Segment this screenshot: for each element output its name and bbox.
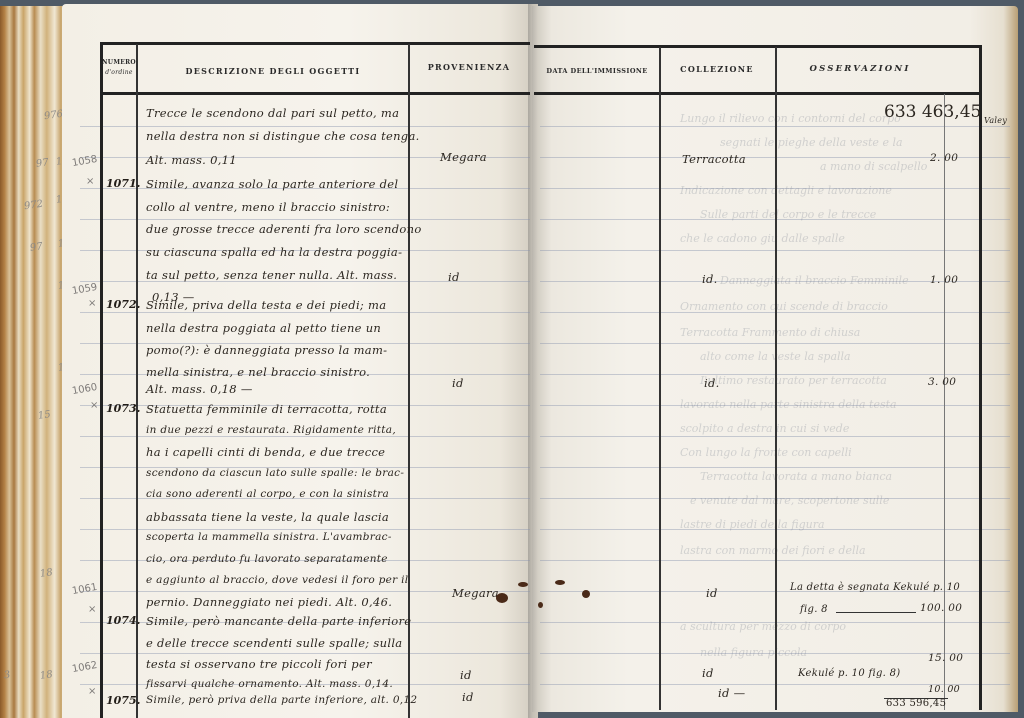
collezione-cell: Terracotta [682, 152, 746, 166]
stack-note: 97 [35, 157, 49, 170]
column-divider [659, 47, 661, 710]
value-cell: 15. 00 [928, 652, 963, 664]
table-frame-right [534, 45, 982, 710]
stack-note: 18 [39, 669, 53, 682]
running-total-bottom: 633 596,45 [886, 698, 946, 709]
header-numero: NUMERO d'ordine [102, 58, 136, 78]
value-cell: 2. 00 [930, 152, 958, 164]
entry-number: 1075. [106, 694, 140, 707]
provenienza-cell: id [448, 270, 460, 284]
stack-note: 3 [3, 670, 11, 682]
entry-number: 1072. [106, 298, 140, 311]
collezione-cell: id. [702, 272, 718, 286]
provenienza-cell: Megara [440, 150, 487, 164]
header-data-immissione: DATA DELL'IMMISSIONE [538, 67, 656, 75]
amount-column-divider [944, 94, 945, 710]
header-rule-left [100, 92, 530, 95]
stack-note: 972 [23, 199, 43, 213]
observation-cell: La detta è segnata Kekulé p. 10 [790, 582, 960, 593]
collezione-cell: id [702, 666, 714, 680]
stack-note: 97 [29, 241, 43, 254]
entry-number: 1074. [106, 614, 140, 627]
provenienza-cell: id [460, 668, 472, 682]
stack-note: 18 [39, 567, 53, 580]
margin-note: Valey [984, 116, 1007, 125]
collezione-cell: id [706, 586, 718, 600]
header-descrizione: DESCRIZIONE DEGLI OGGETTI [140, 66, 406, 76]
observation-cell: Kekulé p. 10 fig. 8) [798, 668, 901, 679]
ledger-scene: 976 97 972 97 16 16 10 10 15 15 18 18 3 … [0, 0, 1024, 718]
value-cell: 1. 00 [930, 274, 958, 286]
header-collezione: COLLEZIONE [662, 64, 772, 74]
value-cell: 3. 00 [928, 376, 956, 388]
underline [836, 612, 916, 613]
stack-note: 976 [43, 109, 63, 123]
collezione-cell: id. [704, 376, 720, 390]
provenienza-cell: Megara [452, 586, 499, 600]
provenienza-cell: id [462, 690, 474, 704]
header-rule-right [534, 92, 982, 95]
entry-number: 1073. [106, 402, 140, 415]
value-cell: 10. 00 [928, 684, 960, 695]
running-total-top: 633 463,45 [884, 102, 981, 122]
stack-note: 15 [37, 409, 51, 422]
header-osservazioni: OSSERVAZIONI [780, 64, 940, 74]
header-provenienza: PROVENIENZA [410, 62, 528, 72]
column-divider [775, 47, 777, 710]
entry-number: 1071. [106, 177, 140, 190]
provenienza-cell: id [452, 376, 464, 390]
value-cell: 100. 00 [920, 602, 962, 614]
collezione-cell: id — [718, 686, 745, 700]
observation-cell: fig. 8 [800, 604, 828, 615]
